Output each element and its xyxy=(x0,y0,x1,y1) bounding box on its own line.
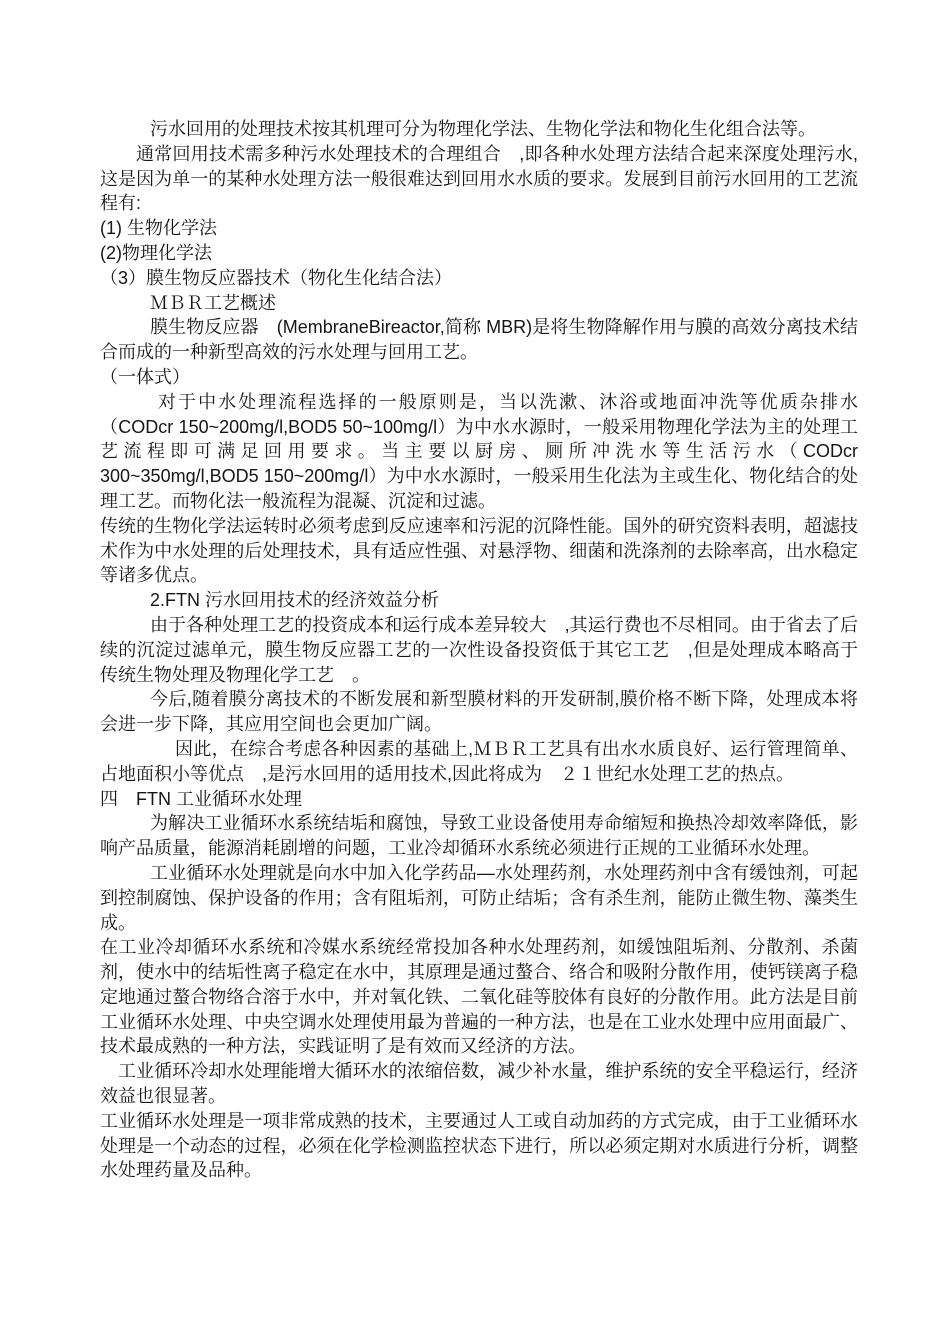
circulating-water-purpose-paragraph: 为解决工业循环水系统结垢和腐蚀，导致工业设备使用寿命缩短和换热冷却效率降低，影响… xyxy=(100,811,858,861)
method-list-item-mbr: （3）膜生物反应器技术（物化生化结合法） xyxy=(100,266,858,291)
mature-technology-paragraph: 工业循环水处理是一项非常成熟的技术，主要通过人工或自动加药的方式完成，由于工业循… xyxy=(100,1109,858,1183)
economic-benefit-heading: 2.FTN 污水回用技术的经济效益分析 xyxy=(100,588,858,613)
membrane-outlook-paragraph: 今后,随着膜分离技术的不断发展和新型膜材料的开发研制,膜价格不断下降，处理成本将… xyxy=(100,687,858,737)
traditional-biochemical-paragraph: 传统的生物化学法运转时必须考虑到反应速率和污泥的沉降性能。国外的研究资料表明，超… xyxy=(100,514,858,588)
mbr-overview-heading: ＭＢＲ工艺概述 xyxy=(100,291,858,316)
industrial-circulating-water-heading: 四 FTN 工业循环水处理 xyxy=(100,787,858,812)
reuse-technology-combination-paragraph: 通常回用技术需多种污水处理技术的合理组合 ,即各种水处理方法结合起来深度处理污水… xyxy=(100,142,858,216)
mbr-conclusion-paragraph: 因此，在综合考虑各种因素的基础上,ＭＢＲ工艺具有出水水质良好、运行管理简单、占地… xyxy=(100,737,858,787)
cost-comparison-paragraph: 由于各种处理工艺的投资成本和运行成本差异较大 ,其运行费也不尽相同。由于省去了后… xyxy=(100,613,858,687)
chemical-dosing-paragraph: 工业循环水处理就是向水中加入化学药品—水处理药剂，水处理药剂中含有缓蚀剂，可起到… xyxy=(100,861,858,935)
integrated-type-label: （一体式） xyxy=(100,365,858,390)
method-list-item-biochemical: (1) 生物化学法 xyxy=(100,216,858,241)
reclaimed-water-principle-paragraph: 对于中水处理流程选择的一般原则是，当以洗漱、沐浴或地面冲洗等优质杂排水（CODc… xyxy=(100,390,858,514)
method-list-item-physicochemical: (2)物理化学法 xyxy=(100,241,858,266)
document-page: 污水回用的处理技术按其机理可分为物理化学法、生物化学法和物化生化组合法等。 通常… xyxy=(0,0,950,1344)
dosing-mechanism-paragraph: 在工业冷却循环水系统和冷媒水系统经常投加各种水处理药剂，如缓蚀阻垢剂、分散剂、杀… xyxy=(100,935,858,1059)
mbr-definition-paragraph: 膜生物反应器 (MembraneBireactor,简称 MBR)是将生物降解作… xyxy=(100,315,858,365)
intro-classification-paragraph: 污水回用的处理技术按其机理可分为物理化学法、生物化学法和物化生化组合法等。 xyxy=(100,117,858,142)
circulating-water-benefit-paragraph: 工业循环冷却水处理能增大循环水的浓缩倍数，减少补水量，维护系统的安全平稳运行，经… xyxy=(100,1059,858,1109)
document-text-body: 污水回用的处理技术按其机理可分为物理化学法、生物化学法和物化生化组合法等。 通常… xyxy=(100,117,858,1183)
